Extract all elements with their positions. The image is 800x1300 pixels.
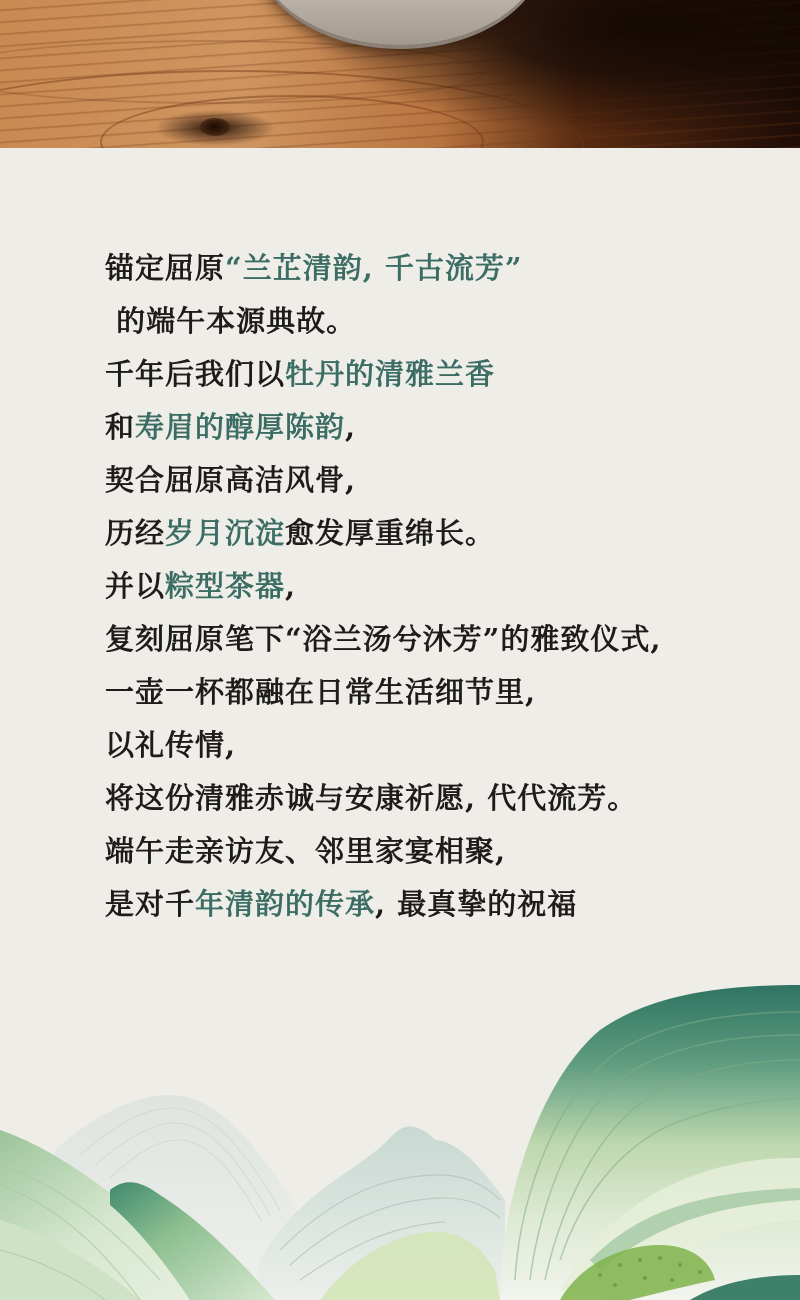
text-segment: 契合屈原高洁风骨, xyxy=(105,463,356,497)
text-segment: , 最真挚的祝福 xyxy=(375,887,577,921)
hero-photo-wood-table xyxy=(0,0,800,148)
highlight-segment: 年清韵的传承 xyxy=(195,887,375,921)
wood-knot xyxy=(200,118,230,136)
text-segment: 历经 xyxy=(105,516,165,550)
poem-line: 锚定屈原“兰芷清韵, 千古流芳” xyxy=(105,246,745,299)
poem-line: 一壶一杯都融在日常生活细节里, xyxy=(105,670,745,723)
highlight-segment: 岁月沉淀 xyxy=(165,516,285,550)
poem-line: 并以粽型茶器, xyxy=(105,564,745,617)
poem-line: 将这份清雅赤诚与安康祈愿, 代代流芳。 xyxy=(105,776,745,829)
highlight-segment: 牡丹的清雅兰香 xyxy=(285,357,495,391)
text-segment: 复刻屈原笔下“浴兰汤兮沐芳”的雅致仪式, xyxy=(105,622,661,656)
text-segment: 锚定屈原 xyxy=(105,251,225,285)
highlight-segment: 寿眉的醇厚陈韵 xyxy=(135,410,345,444)
poem-line: 和寿眉的醇厚陈韵, xyxy=(105,405,745,458)
highlight-segment: 粽型茶器 xyxy=(165,569,285,603)
poem-line: 的端午本源典故。 xyxy=(105,299,745,352)
text-segment: 将这份清雅赤诚与安康祈愿, 代代流芳。 xyxy=(105,781,637,815)
poem-text-block: 锚定屈原“兰芷清韵, 千古流芳” 的端午本源典故。 千年后我们以牡丹的清雅兰香 … xyxy=(105,246,745,935)
text-segment: 和 xyxy=(105,410,135,444)
poem-line: 契合屈原高洁风骨, xyxy=(105,458,745,511)
poem-line: 端午走亲访友、邻里家宴相聚, xyxy=(105,829,745,882)
poem-line: 是对千年清韵的传承, 最真挚的祝福 xyxy=(105,882,745,935)
text-segment: 并以 xyxy=(105,569,165,603)
text-segment: , xyxy=(285,569,296,603)
text-segment: 愈发厚重绵长。 xyxy=(285,516,495,550)
poem-line: 千年后我们以牡丹的清雅兰香 xyxy=(105,352,745,405)
text-segment: 是对千 xyxy=(105,887,195,921)
poem-line: 以礼传情, xyxy=(105,723,745,776)
text-segment: 千年后我们以 xyxy=(105,357,285,391)
text-segment: 一壶一杯都融在日常生活细节里, xyxy=(105,675,536,709)
text-segment: 的端午本源典故。 xyxy=(105,304,356,338)
text-segment: 端午走亲访友、邻里家宴相聚, xyxy=(105,834,506,868)
text-segment: 以礼传情, xyxy=(105,728,236,762)
text-segment: , xyxy=(345,410,356,444)
highlight-segment: “兰芷清韵, 千古流芳” xyxy=(225,251,523,285)
poem-line: 历经岁月沉淀愈发厚重绵长。 xyxy=(105,511,745,564)
poem-line: 复刻屈原笔下“浴兰汤兮沐芳”的雅致仪式, xyxy=(105,617,745,670)
ink-wash-mountain-illustration xyxy=(0,960,800,1300)
